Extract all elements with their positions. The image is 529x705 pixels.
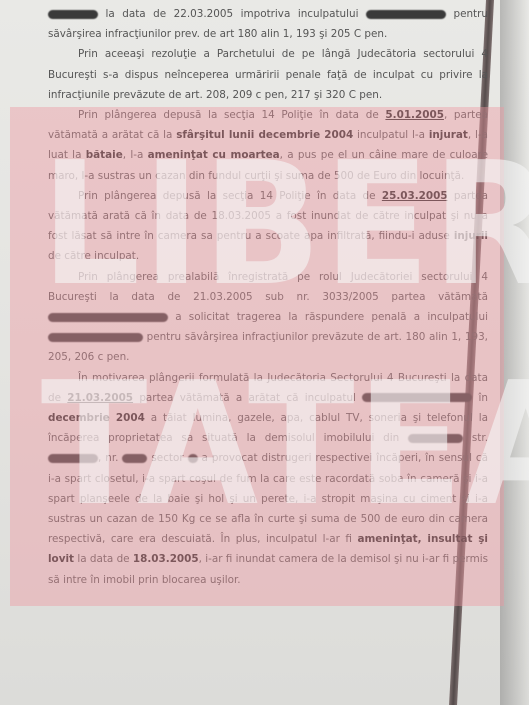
redaction [188,454,198,463]
bold-text: bătaie [86,149,123,161]
date: 21.03.2005 [67,392,133,404]
text: partea vătămată a arătat că inculpatul [133,392,356,404]
document-body: la data de 22.03.2005 impotriva inculpat… [48,4,488,590]
bold-text: ameninţat cu moartea [148,149,280,161]
redaction [48,454,98,463]
paragraph-3: Prin plângerea depusă la secţia 14 Poliţ… [48,105,488,186]
text: Prin plângerea depusă la secţia 14 Poliţ… [78,109,385,121]
text: , l-a [123,149,148,161]
text: Prin plângerea prealabilă înregistrată p… [48,271,488,303]
bold-text: sfârşitul lunii decembrie 2004 [176,129,353,141]
bold-text: injurat [429,129,468,141]
redaction [362,393,472,402]
text: inculpatul l-a [353,129,429,141]
text: la data de 22.03.2005 impotriva inculpat… [106,8,359,20]
text: , nr. [98,452,118,464]
bold-text: decembrie 2004 [48,412,145,424]
text: Prin plângerea depusă la secţia 14 Poliţ… [78,190,382,202]
redaction [122,454,147,463]
bold-text: 18.03.2005 [133,553,199,565]
text: în [472,392,488,404]
redaction [408,434,463,443]
document-page: la data de 22.03.2005 impotriva inculpat… [0,0,529,705]
paragraph-1: la data de 22.03.2005 impotriva inculpat… [48,4,488,44]
text: de către inculpat. [48,250,139,262]
text: a solicitat tragerea la răspundere penal… [168,311,488,323]
page-edge-shadow [500,0,529,705]
text: la data de [74,553,133,565]
paragraph-4: Prin plângerea depusă la secţia 14 Poliţ… [48,186,488,267]
date: 25.03.2005 [382,190,448,202]
bold-text: injurii [454,230,488,242]
redaction [48,313,168,322]
text: a provocat distrugeri respectivei încăpe… [48,452,488,545]
redaction [48,10,98,19]
redaction [366,10,446,19]
text: str. [463,432,488,444]
paragraph-5: Prin plângerea prealabilă înregistrată p… [48,267,488,368]
paragraph-2: Prin aceeaşi rezoluţie a Parchetului de … [48,44,488,105]
redaction [48,333,143,342]
date: 5.01.2005 [385,109,444,121]
text: sector [147,452,183,464]
paragraph-6: În motivarea plângerii formulată la Jude… [48,368,488,590]
